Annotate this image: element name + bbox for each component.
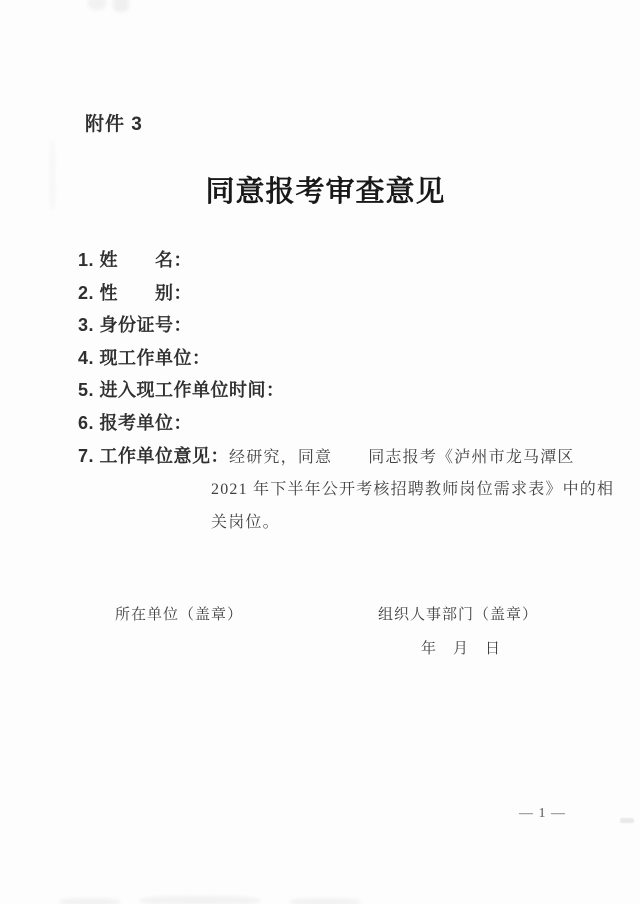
field-row-gender: 2. 性 别： xyxy=(78,277,578,310)
signature-left-unit-seal: 所在单位（盖章） xyxy=(115,603,243,624)
opinion-label: 7. 工作单位意见： xyxy=(78,446,229,466)
field-row-opinion: 7. 工作单位意见：经研究，同意同志报考《泸州市龙马潭区 xyxy=(78,440,578,475)
scan-artifact-smudge xyxy=(620,818,634,823)
applicant-name-blank xyxy=(332,461,368,462)
field-row-target-unit: 6. 报考单位： xyxy=(78,407,578,440)
opinion-text-after-blank: 同志报考《泸州市龙马潭区 xyxy=(368,449,574,466)
opinion-text-before-blank: 经研究，同意 xyxy=(229,449,332,466)
scan-artifact-smudge xyxy=(50,140,55,210)
signature-right-hr-dept-seal: 组织人事部门（盖章） xyxy=(378,603,538,624)
scan-artifact-smudge xyxy=(140,896,260,904)
field-row-name: 1. 姓 名： xyxy=(78,244,578,277)
attachment-label: 附件 3 xyxy=(85,114,143,136)
scan-artifact-smudge xyxy=(88,0,106,10)
signature-date-line: 年 月 日 xyxy=(421,637,501,658)
field-row-current-employer: 4. 现工作单位： xyxy=(78,342,578,375)
field-row-id-number: 3. 身份证号： xyxy=(78,309,578,342)
scan-artifact-smudge xyxy=(60,898,120,904)
document-page: 附件 3 同意报考审查意见 1. 姓 名： 2. 性 别： 3. 身份证号： 4… xyxy=(0,0,640,904)
document-title: 同意报考审查意见 xyxy=(78,174,573,210)
page-number: — 1 — xyxy=(519,806,566,822)
scan-artifact-smudge xyxy=(290,898,360,904)
scan-artifact-smudge xyxy=(113,0,129,12)
fields-list: 1. 姓 名： 2. 性 别： 3. 身份证号： 4. 现工作单位： 5. 进入… xyxy=(78,244,578,539)
opinion-line-2: 2021 年下半年公开考核招聘教师岗位需求表》中的相 xyxy=(211,474,578,507)
field-row-employment-date: 5. 进入现工作单位时间： xyxy=(78,374,578,407)
opinion-line-3: 关岗位。 xyxy=(211,507,578,540)
